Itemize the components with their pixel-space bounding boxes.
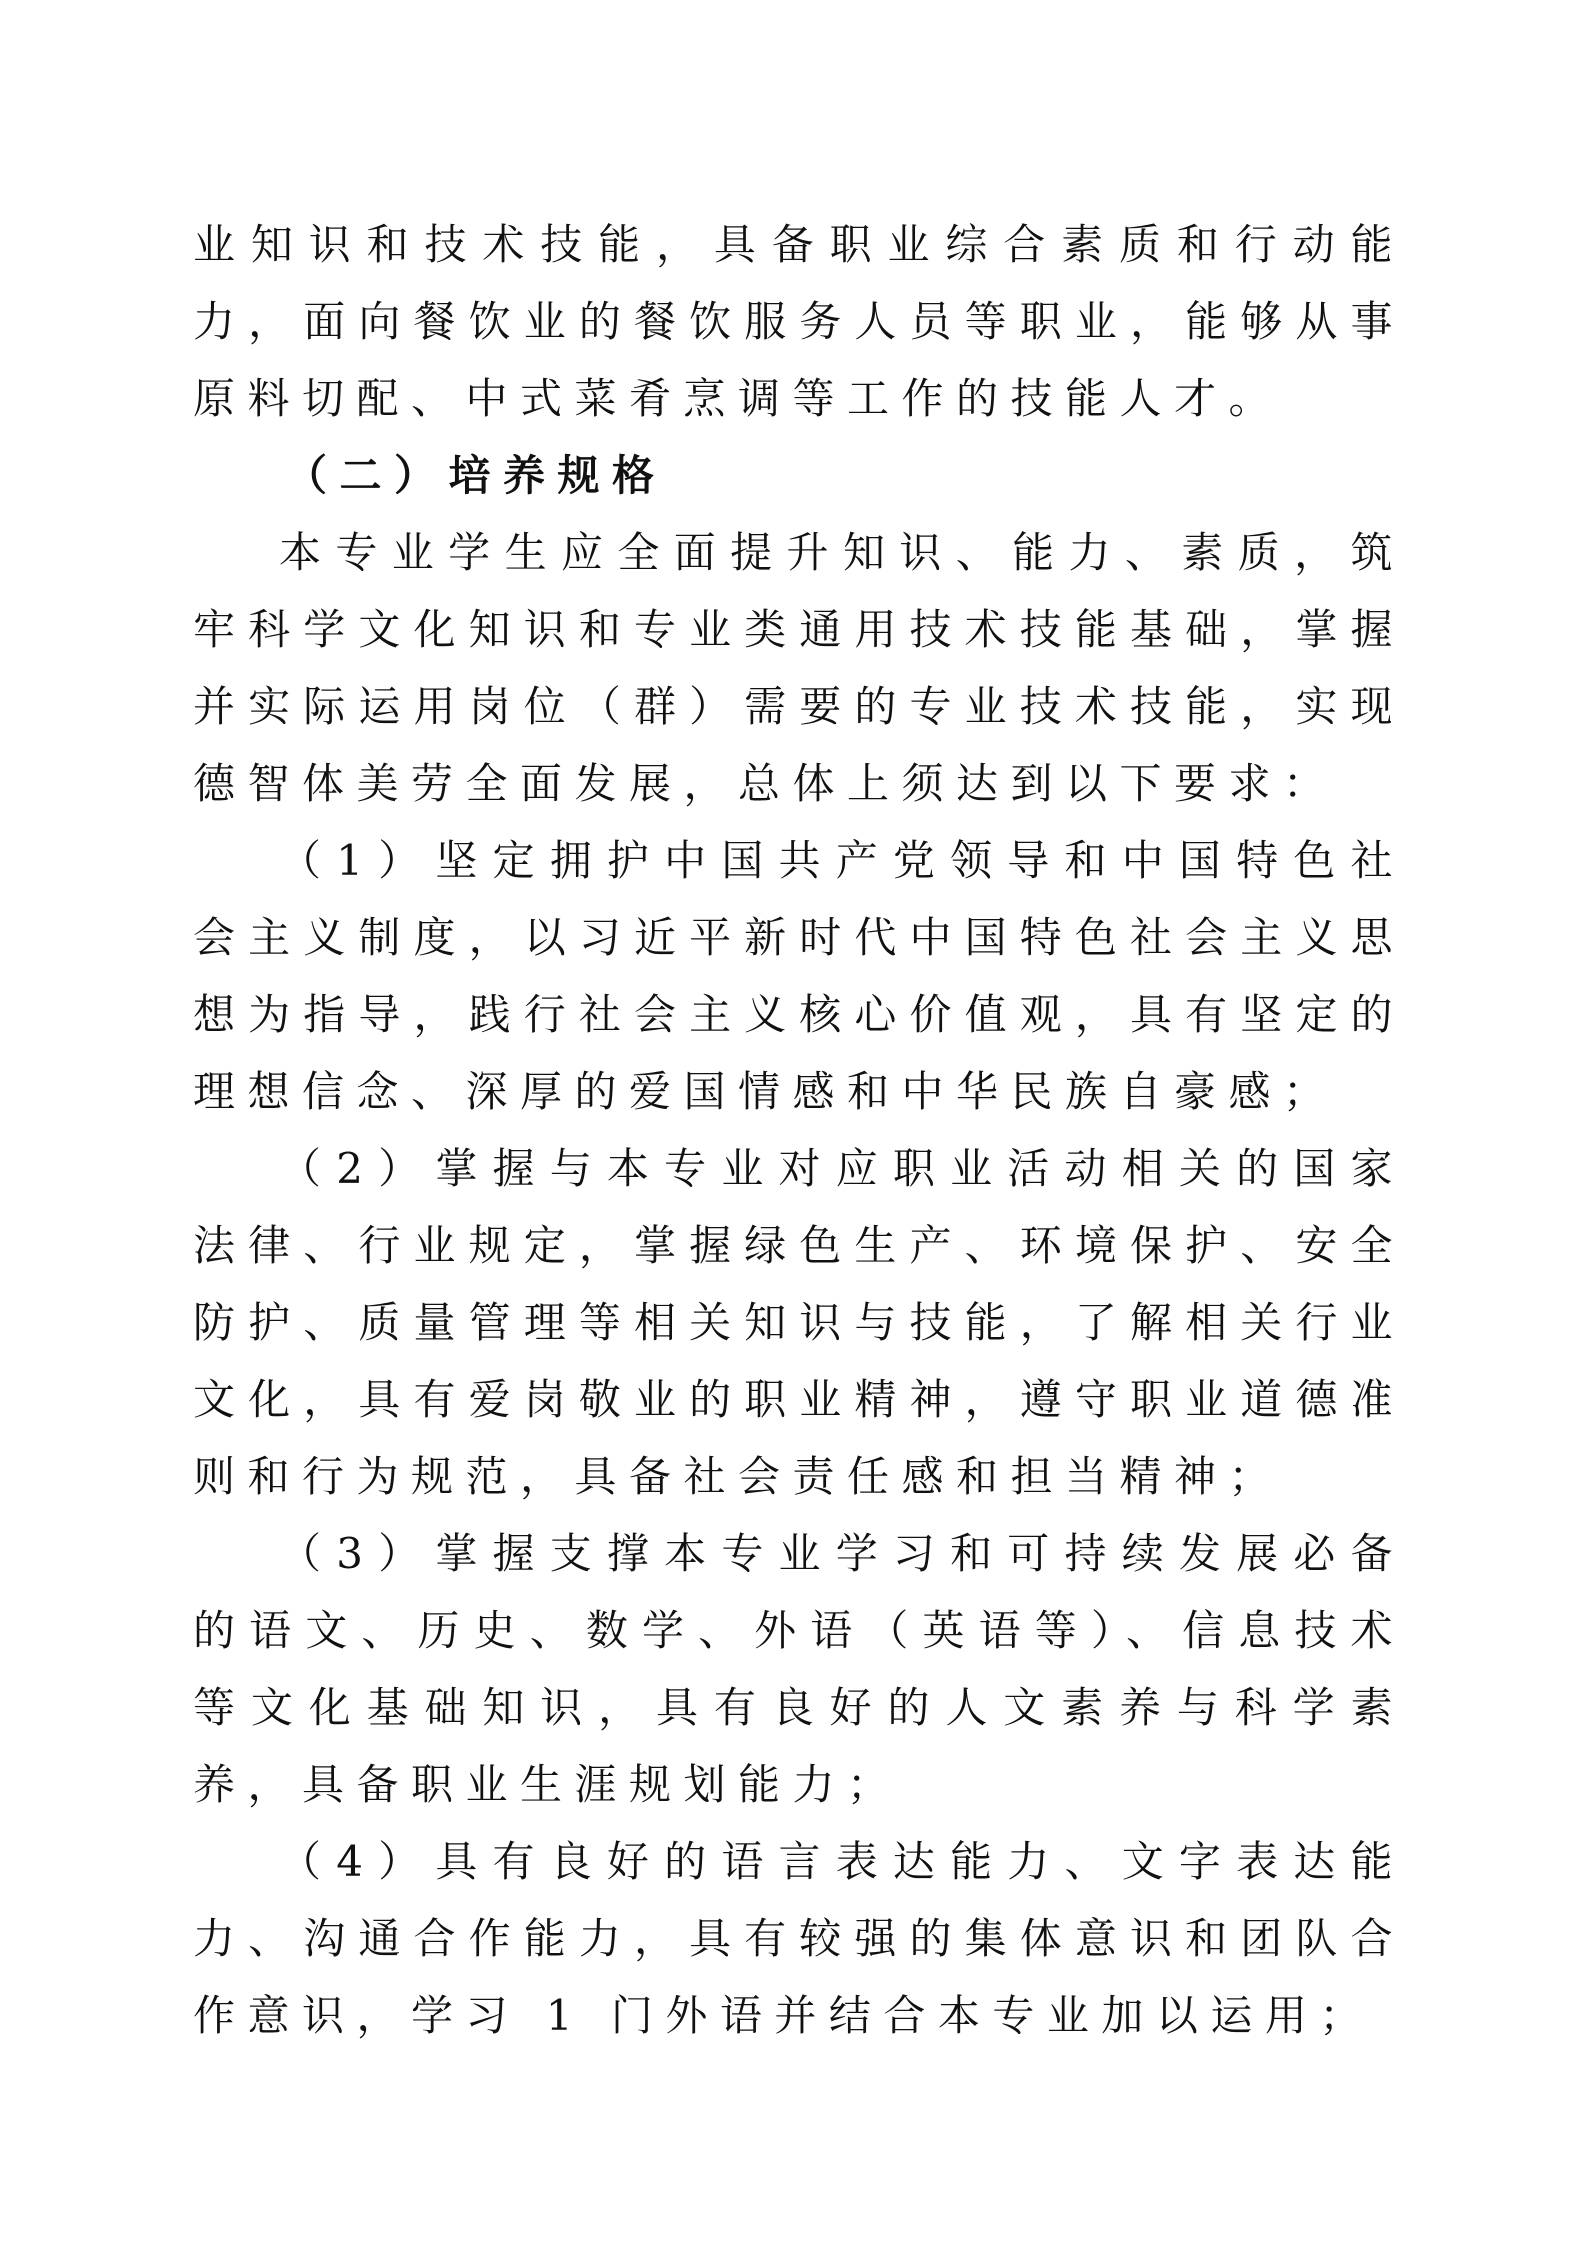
continuation-paragraph: 业知识和技术技能，具备职业综合素质和行动能力，面向餐饮业的餐饮服务人员等职业，能… [193, 206, 1405, 437]
requirement-label: （2） [279, 1144, 435, 1193]
requirement-text: 掌握与本专业对应职业活动相关的国家法律、行业规定，掌握绿色生产、环境保护、安全防… [193, 1144, 1405, 1501]
requirement-label: （4） [279, 1837, 435, 1886]
requirement-item-4: （4）具有良好的语言表达能力、文字表达能力、沟通合作能力，具有较强的集体意识和团… [193, 1823, 1405, 2054]
intro-paragraph: 本专业学生应全面提升知识、能力、素质，筑牢科学文化知识和专业类通用技术技能基础，… [193, 514, 1405, 822]
requirement-item-3: （3）掌握支撑本专业学习和可持续发展必备的语文、历史、数学、外语（英语等）、信息… [193, 1515, 1405, 1823]
requirement-item-1: （1）坚定拥护中国共产党领导和中国特色社会主义制度，以习近平新时代中国特色社会主… [193, 822, 1405, 1130]
document-page: 业知识和技术技能，具备职业综合素质和行动能力，面向餐饮业的餐饮服务人员等职业，能… [193, 206, 1405, 2054]
requirement-label: （1） [279, 836, 435, 885]
section-heading: （二）培养规格 [193, 437, 1405, 514]
requirement-label: （3） [279, 1529, 435, 1578]
requirement-item-2: （2）掌握与本专业对应职业活动相关的国家法律、行业规定，掌握绿色生产、环境保护、… [193, 1130, 1405, 1515]
